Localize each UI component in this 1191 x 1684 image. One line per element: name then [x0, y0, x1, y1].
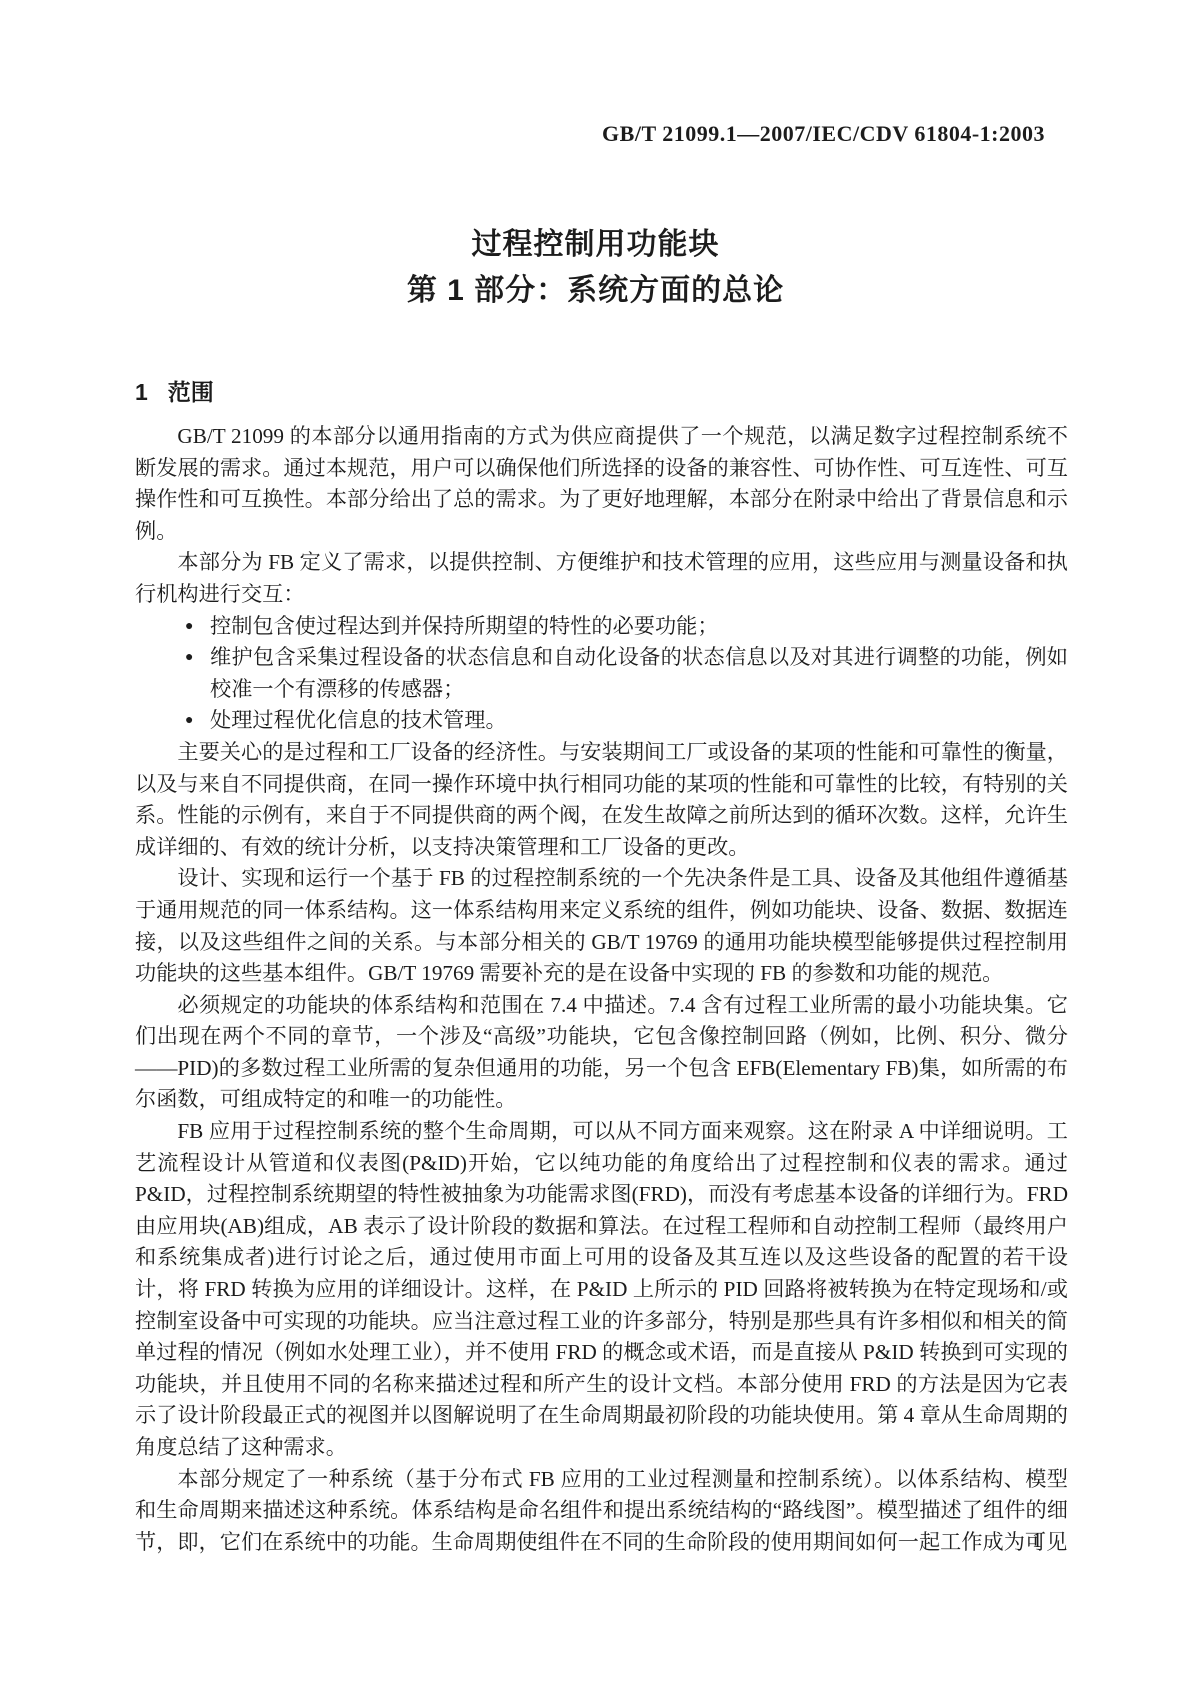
bullet-text: 控制包含使过程达到并保持所期望的特性的必要功能；	[210, 611, 1068, 643]
bullet-item: ●维护包含采集过程设备的状态信息和自动化设备的状态信息以及对其进行调整的功能，例…	[185, 642, 1068, 705]
paragraph: 本部分规定了一种系统（基于分布式 FB 应用的工业过程测量和控制系统）。以体系结…	[135, 1464, 1068, 1559]
paragraph: 主要关心的是过程和工厂设备的经济性。与安装期间工厂或设备的某项的性能和可靠性的衡…	[135, 737, 1068, 863]
body-text: GB/T 21099 的本部分以通用指南的方式为供应商提供了一个规范，以满足数字…	[135, 421, 1068, 1558]
document-page: GB/T 21099.1—2007/IEC/CDV 61804-1:2003 过…	[0, 0, 1191, 1684]
document-title-line1: 过程控制用功能块	[0, 222, 1191, 268]
section-heading: 1 范围	[135, 374, 214, 407]
section-number: 1	[135, 379, 148, 406]
bullet-item: ●控制包含使过程达到并保持所期望的特性的必要功能；	[185, 611, 1068, 643]
page-number: 1	[1032, 1528, 1043, 1553]
paragraph: GB/T 21099 的本部分以通用指南的方式为供应商提供了一个规范，以满足数字…	[135, 421, 1068, 547]
bullet-text: 维护包含采集过程设备的状态信息和自动化设备的状态信息以及对其进行调整的功能，例如…	[210, 642, 1068, 705]
paragraph: 本部分为 FB 定义了需求，以提供控制、方便维护和技术管理的应用，这些应用与测量…	[135, 547, 1068, 610]
document-title: 过程控制用功能块 第 1 部分：系统方面的总论	[0, 222, 1191, 314]
section-title: 范围	[168, 374, 214, 407]
bullet-text: 处理过程优化信息的技术管理。	[210, 705, 1068, 737]
standard-code-header: GB/T 21099.1—2007/IEC/CDV 61804-1:2003	[602, 121, 1045, 147]
bullet-icon: ●	[185, 705, 210, 737]
document-title-line2: 第 1 部分：系统方面的总论	[0, 268, 1191, 314]
bullet-icon: ●	[185, 611, 210, 643]
paragraph: FB 应用于过程控制系统的整个生命周期，可以从不同方面来观察。这在附录 A 中详…	[135, 1116, 1068, 1464]
paragraph: 设计、实现和运行一个基于 FB 的过程控制系统的一个先决条件是工具、设备及其他组…	[135, 863, 1068, 989]
bullet-icon: ●	[185, 642, 210, 705]
paragraph: 必须规定的功能块的体系结构和范围在 7.4 中描述。7.4 含有过程工业所需的最…	[135, 990, 1068, 1116]
bullet-item: ●处理过程优化信息的技术管理。	[185, 705, 1068, 737]
